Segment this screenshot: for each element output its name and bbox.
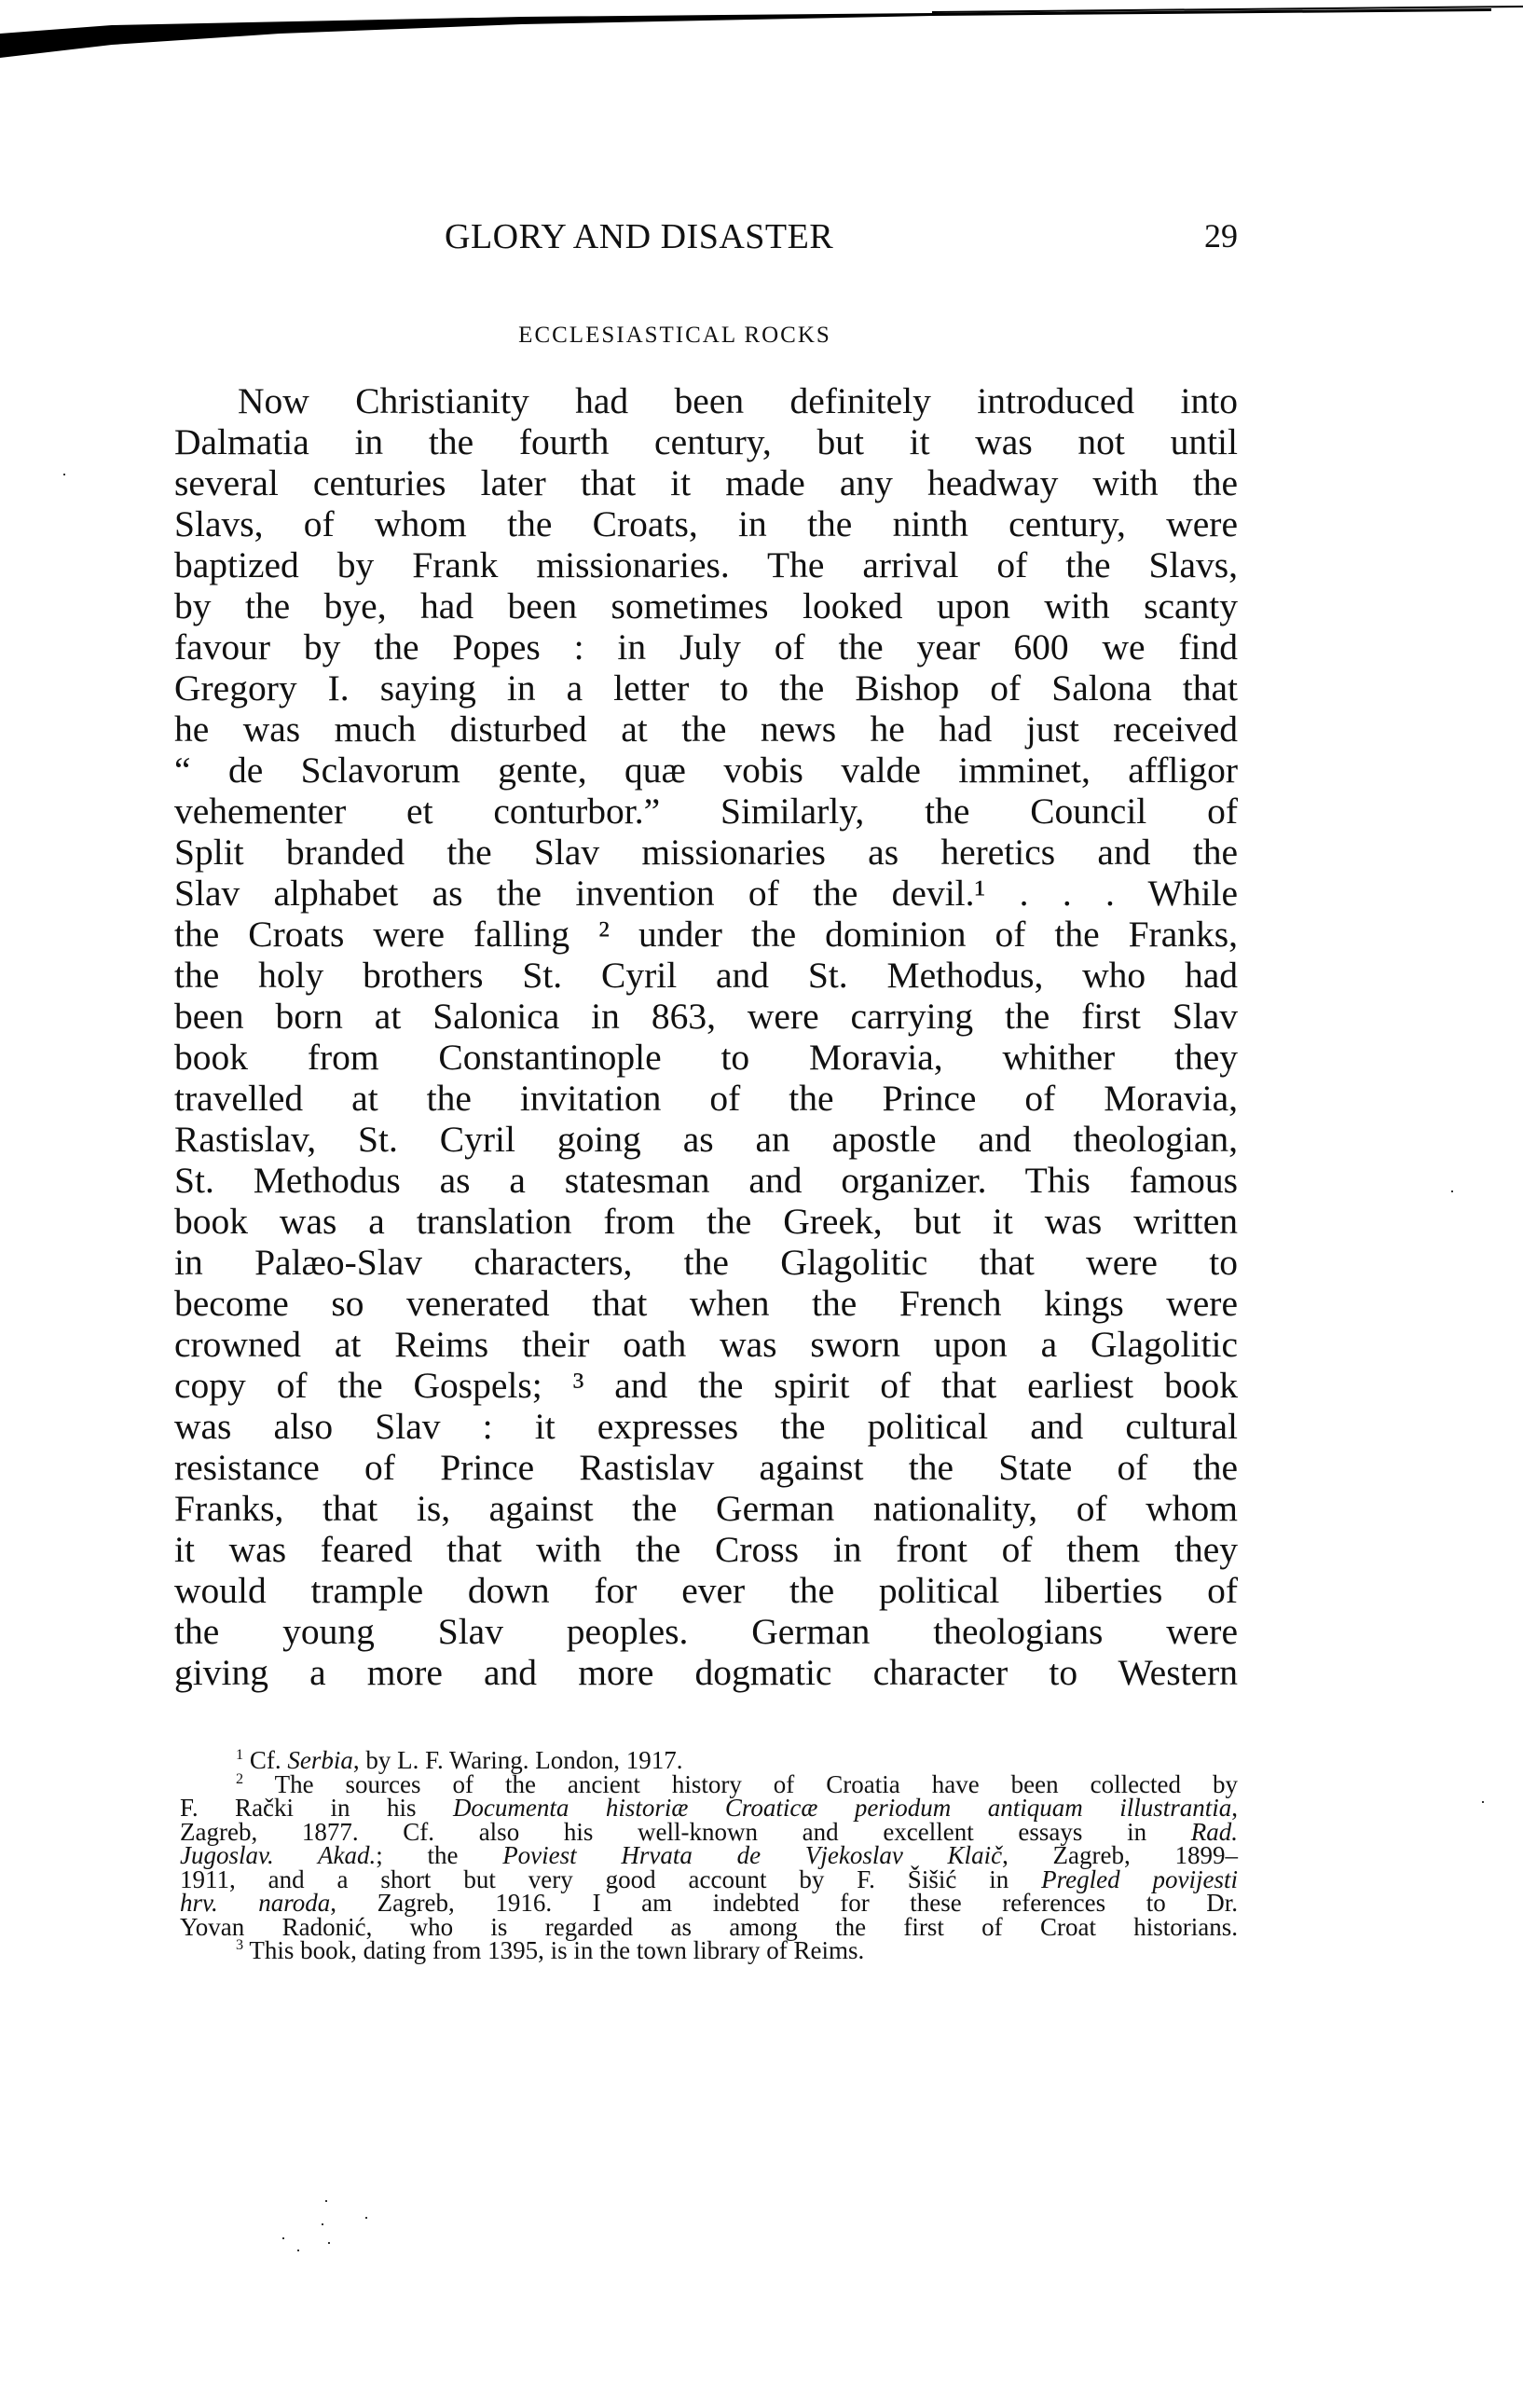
text-line: vehementer et conturbor.” Similarly, the…: [174, 791, 1238, 832]
footnotes: 1 Cf. Serbia, by L. F. Waring. London, 1…: [180, 1749, 1238, 1963]
text-line: Slav alphabet as the invention of the de…: [174, 873, 1238, 914]
footnote-marker: 2: [236, 1770, 243, 1787]
text-line: Slavs, of whom the Croats, in the ninth …: [174, 503, 1238, 544]
text-line: the holy brothers St. Cyril and St. Meth…: [174, 955, 1238, 996]
scan-speck: [328, 2242, 330, 2244]
text-line: by the bye, had been sometimes looked up…: [174, 585, 1238, 626]
text-line: several centuries later that it made any…: [174, 462, 1238, 503]
text-line: Split branded the Slav missionaries as h…: [174, 832, 1238, 873]
text-line: Dalmatia in the fourth century, but it w…: [174, 421, 1238, 462]
text-line: been born at Salonica in 863, were carry…: [174, 996, 1238, 1037]
text-line: become so venerated that when the French…: [174, 1283, 1238, 1324]
text-line: would trample down for ever the politica…: [174, 1570, 1238, 1611]
footnote-marker: 3: [236, 1936, 243, 1953]
running-title: GLORY AND DISASTER: [445, 216, 833, 257]
page-number: 29: [1204, 216, 1238, 255]
body-paragraph: Now Christianity had been definitely int…: [174, 380, 1238, 1693]
footnote-marker: 1: [236, 1746, 243, 1763]
footnote-3: 3 This book, dating from 1395, is in the…: [180, 1939, 1238, 1963]
scan-speck: [1451, 1190, 1453, 1192]
section-title-text: ECCLESIASTICAL ROCKS: [518, 323, 831, 348]
text-line: Rastislav, St. Cyril going as an apostle…: [174, 1119, 1238, 1160]
text-line: the young Slav peoples. German theologia…: [174, 1611, 1238, 1652]
scan-speck: [1482, 1801, 1484, 1803]
section-title: ECCLESIASTICAL ROCKS: [0, 323, 1523, 349]
text-line: giving a more and more dogmatic characte…: [174, 1652, 1238, 1693]
scan-speck: [325, 2200, 327, 2202]
page-header: GLORY AND DISASTER 29: [174, 216, 1238, 263]
text-line: book from Constantinople to Moravia, whi…: [174, 1037, 1238, 1078]
text-line: crowned at Reims their oath was sworn up…: [174, 1324, 1238, 1365]
scan-speck: [63, 474, 65, 475]
text-line: he was much disturbed at the news he had…: [174, 709, 1238, 750]
scan-speck: [282, 2237, 284, 2239]
text-line: book was a translation from the Greek, b…: [174, 1201, 1238, 1242]
text-line: favour by the Popes : in July of the yea…: [174, 626, 1238, 667]
scan-speck: [322, 2223, 323, 2225]
text-line: Gregory I. saying in a letter to the Bis…: [174, 667, 1238, 709]
text-line: the Croats were falling ² under the domi…: [174, 914, 1238, 955]
text-line: Now Christianity had been definitely int…: [174, 380, 1238, 421]
text-line: copy of the Gospels; ³ and the spirit of…: [174, 1365, 1238, 1406]
scan-edge-shadow: [0, 0, 1523, 65]
text-line: baptized by Frank missionaries. The arri…: [174, 544, 1238, 585]
text-line: it was feared that with the Cross in fro…: [174, 1529, 1238, 1570]
text-line: was also Slav : it expresses the politic…: [174, 1406, 1238, 1447]
scan-speck: [297, 2250, 299, 2251]
text-line: “ de Sclavorum gente, quæ vobis valde im…: [174, 750, 1238, 791]
text-line: Franks, that is, against the German nati…: [174, 1488, 1238, 1529]
text-line: in Palæo-Slav characters, the Glagolitic…: [174, 1242, 1238, 1283]
text-line: travelled at the invitation of the Princ…: [174, 1078, 1238, 1119]
scan-speck: [365, 2217, 367, 2219]
text-line: St. Methodus as a statesman and organize…: [174, 1160, 1238, 1201]
text-line: resistance of Prince Rastislav against t…: [174, 1447, 1238, 1488]
